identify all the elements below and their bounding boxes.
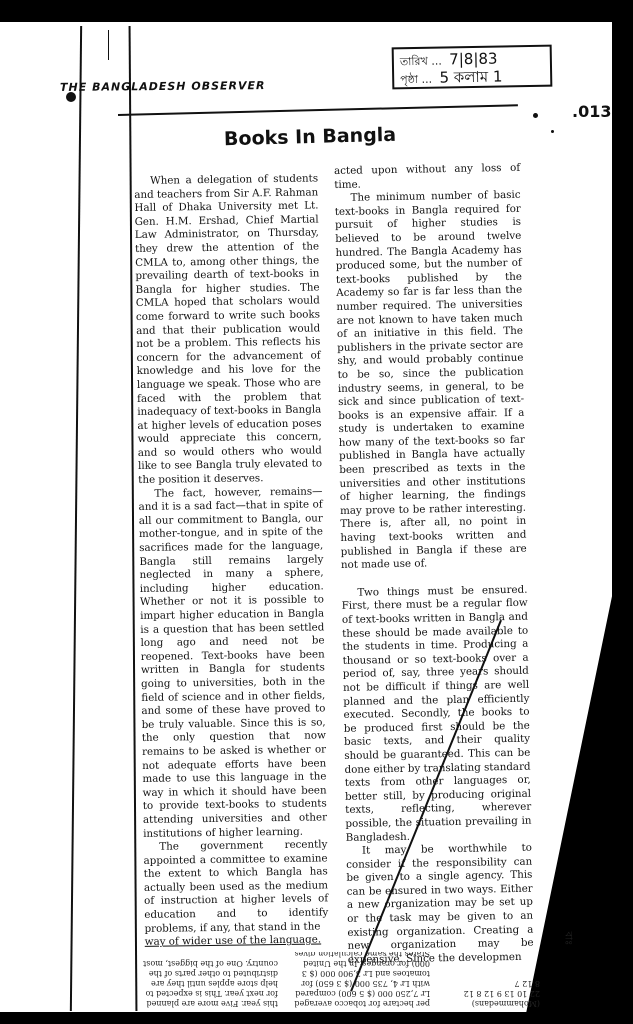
footer-col-right: (Mohammedans) 22 10 13 9 12 8 12 8 12 7: [460, 978, 540, 1008]
footer-col-middle: per hectare for tobacco averaged Lr 7,25…: [290, 952, 430, 1008]
scan-border-right: [612, 0, 633, 1024]
paragraph: The fact, however, remains—and it is a s…: [138, 485, 327, 841]
paragraph: Two things must be ensured. First, there…: [341, 584, 531, 845]
upside-down-footer: (Mohammedans) 22 10 13 9 12 8 12 8 12 7 …: [140, 952, 540, 1010]
paragraph: It may be worthwhile to consider if the …: [346, 842, 534, 968]
paragraph: When a delegation of students and teache…: [134, 172, 322, 487]
margin-note: বাঃ: [558, 932, 575, 946]
masthead: THE BANGLADESH OBSERVER: [60, 79, 266, 94]
ink-dot: [533, 113, 538, 118]
stamp-date-label: তারিখ: [400, 55, 428, 68]
article-column-2: acted upon without any loss of time. The…: [334, 162, 534, 968]
date-stamp: তারিখ ... 7|8|83 পৃষ্ঠা ... 5 কলাম 1: [392, 45, 553, 90]
paragraph: The government recently appointed a comm…: [143, 838, 328, 936]
stamp-page-label: পৃষ্ঠা: [400, 73, 418, 86]
article-column-1: When a delegation of students and teache…: [134, 172, 329, 949]
scan-border-bottom: [0, 1012, 633, 1024]
stamp-page-value: 5 কলাম 1: [439, 67, 502, 86]
footer-col-left: this year. Five more are planned for nex…: [143, 958, 278, 1008]
scan-border-top: [0, 0, 633, 22]
page-number: .013: [572, 102, 611, 121]
paragraph: acted upon without any loss of time.: [334, 162, 520, 192]
stamp-date-value: 7|8|83: [449, 50, 498, 69]
article-title: Books In Bangla: [224, 124, 397, 150]
paragraph-last-line: way of wider use of the language.: [145, 934, 329, 950]
ink-dot: [551, 130, 554, 133]
paragraph: The minimum number of basic text-books i…: [334, 189, 527, 573]
margin-rule: [108, 30, 109, 60]
